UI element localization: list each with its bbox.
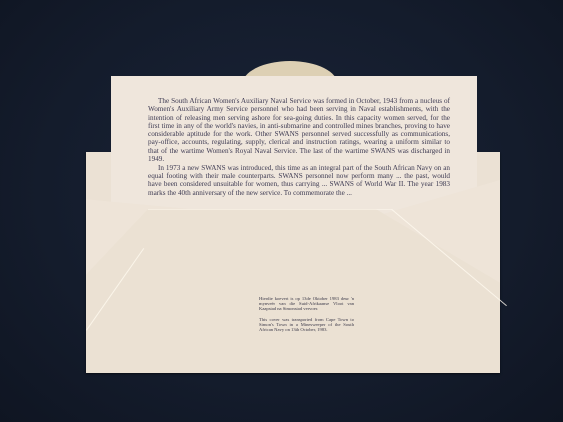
- fold-line-top: [148, 209, 392, 210]
- cachet-english: This cover was transported from Cape Tow…: [259, 317, 354, 333]
- insert-text: The South African Women's Auxiliary Nava…: [148, 97, 450, 197]
- cachet-afrikaans: Hierdie koevert is op 13de Oktober 1983 …: [259, 296, 354, 312]
- insert-paragraph-2: In 1973 a new SWANS was introduced, this…: [148, 164, 450, 197]
- cachet-text: Hierdie koevert is op 13de Oktober 1983 …: [259, 296, 354, 332]
- insert-paragraph-1: The South African Women's Auxiliary Nava…: [148, 97, 450, 163]
